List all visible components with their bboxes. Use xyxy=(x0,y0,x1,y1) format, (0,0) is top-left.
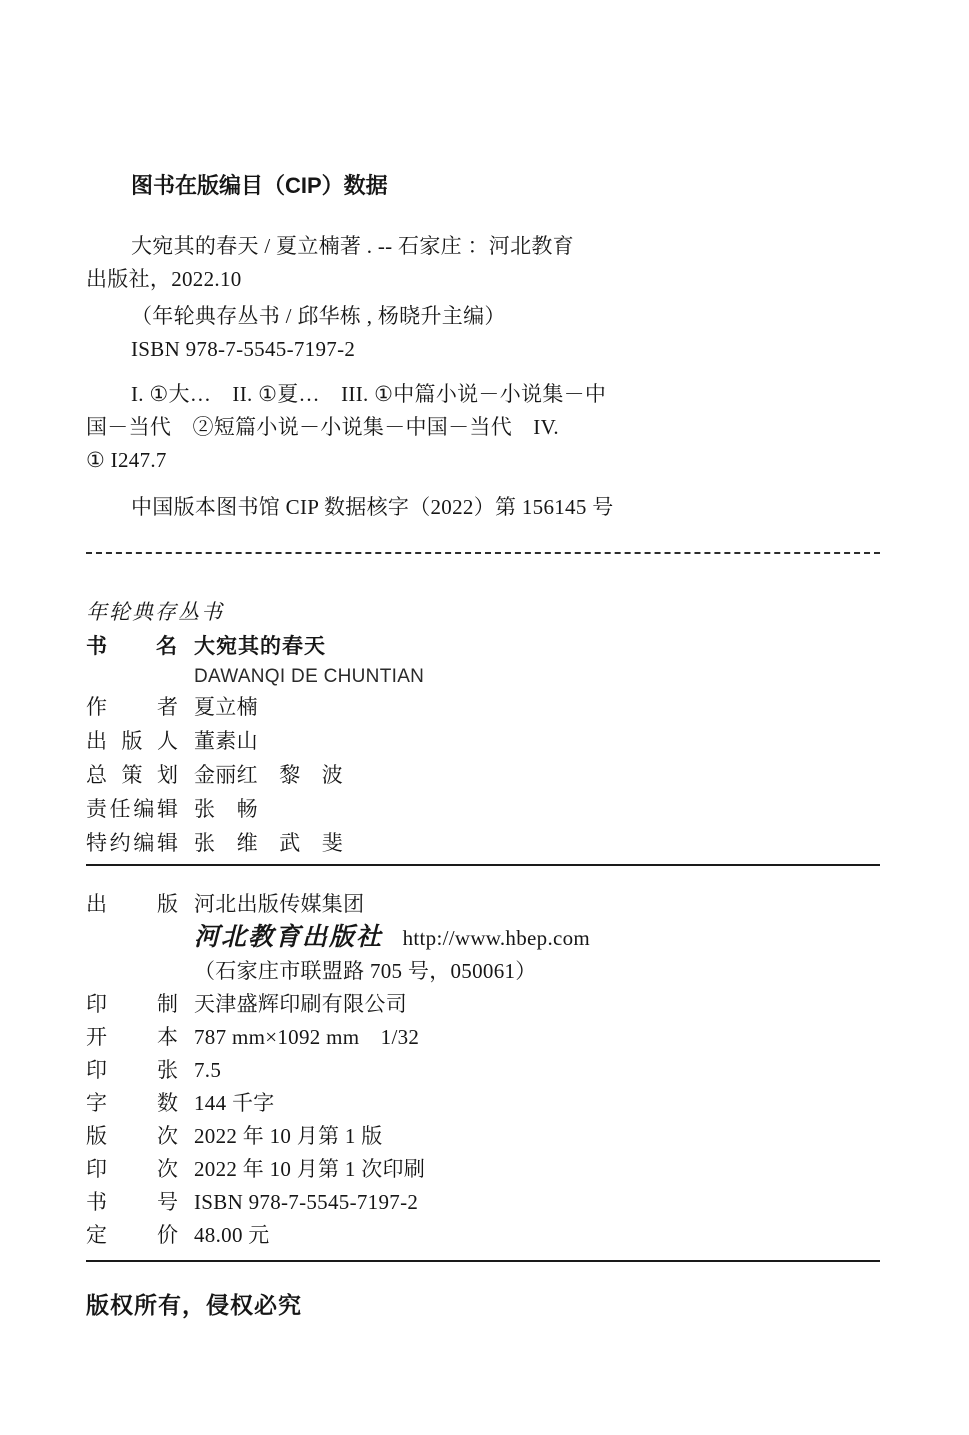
publisher-address: （石家庄市联盟路 705 号，050061） xyxy=(194,955,537,988)
colophon-row-contract-editor: 特约编辑 张 维 武 斐 xyxy=(86,826,880,860)
sheets-value: 7.5 xyxy=(194,1054,221,1087)
field-label: 印制 xyxy=(86,988,178,1021)
copyright-page: 图书在版编目（CIP）数据 大宛其的春天 / 夏立楠著 . -- 石家庄 ：河北… xyxy=(0,0,969,1435)
field-label: 字数 xyxy=(86,1087,178,1120)
colophon-row-chief-planner: 总策划 金丽红 黎 波 xyxy=(86,758,880,792)
cip-description-line1: 大宛其的春天 / 夏立楠著 . -- 石家庄 ：河北教育 xyxy=(86,230,880,263)
field-label: 责任编辑 xyxy=(86,792,178,826)
publisher-url: http://www.hbep.com xyxy=(403,926,590,950)
publisher-group-name: 河北出版传媒集团 xyxy=(194,888,364,921)
responsible-editor-name: 张 畅 xyxy=(194,792,258,826)
publishing-row-isbn: 书号 ISBN 978-7-5545-7197-2 xyxy=(86,1186,880,1219)
publishing-row-publisher: 出版 河北出版传媒集团 xyxy=(86,888,880,921)
cip-section: 图书在版编目（CIP）数据 大宛其的春天 / 夏立楠著 . -- 石家庄 ：河北… xyxy=(86,172,880,524)
field-label: 出版人 xyxy=(86,724,178,758)
cip-classification-line3: ① I247.7 xyxy=(86,444,880,477)
field-label: 书名 xyxy=(86,629,178,663)
publishing-row-format: 开本 787 mm×1092 mm 1/32 xyxy=(86,1021,880,1054)
field-label: 特约编辑 xyxy=(86,826,178,860)
colophon-row-responsible-editor: 责任编辑 张 畅 xyxy=(86,792,880,826)
isbn-value: ISBN 978-7-5545-7197-2 xyxy=(194,1186,418,1219)
colophon-section: 年轮典存丛书 书名 大宛其的春天 DAWANQI DE CHUNTIAN 作者 … xyxy=(86,596,880,860)
format-value: 787 mm×1092 mm 1/32 xyxy=(194,1021,419,1054)
impression-value: 2022 年 10 月第 1 次印刷 xyxy=(194,1153,425,1186)
cip-series-note: （年轮典存丛书 / 邱华栋 , 杨晓升主编） xyxy=(86,300,880,333)
publishing-section: 出版 河北出版传媒集团 河北教育出版社 http://www.hbep.com … xyxy=(86,888,880,1252)
field-label: 出版 xyxy=(86,888,178,921)
colophon-row-pinyin: DAWANQI DE CHUNTIAN xyxy=(86,663,880,690)
publishing-row-logo: 河北教育出版社 http://www.hbep.com xyxy=(86,921,880,955)
publishing-row-wordcount: 字数 144 千字 xyxy=(86,1087,880,1120)
publishing-row-address: （石家庄市联盟路 705 号，050061） xyxy=(86,955,880,988)
book-title: 大宛其的春天 xyxy=(194,629,326,663)
cip-description-line2: 出版社，2022.10 xyxy=(86,263,880,296)
dashed-divider xyxy=(86,552,880,554)
cip-classification-line1: I. ①大… II. ①夏… III. ①中篇小说－小说集－中 xyxy=(86,378,880,411)
cip-classification-line2: 国－当代 ②短篇小说－小说集－中国－当代 IV. xyxy=(86,411,880,444)
field-label: 定价 xyxy=(86,1219,178,1252)
price-value: 48.00 元 xyxy=(194,1219,270,1252)
printer-name: 天津盛辉印刷有限公司 xyxy=(194,988,407,1021)
colophon-row-publisher-person: 出版人 董素山 xyxy=(86,724,880,758)
cip-heading: 图书在版编目（CIP）数据 xyxy=(86,172,880,200)
field-label: 版次 xyxy=(86,1120,178,1153)
field-label: 印张 xyxy=(86,1054,178,1087)
book-title-pinyin: DAWANQI DE CHUNTIAN xyxy=(194,663,424,690)
page-content: 图书在版编目（CIP）数据 大宛其的春天 / 夏立楠著 . -- 石家庄 ：河北… xyxy=(0,0,969,1320)
series-label: 年轮典存丛书 xyxy=(86,596,880,629)
solid-divider-bottom xyxy=(86,1260,880,1262)
publishing-row-impression: 印次 2022 年 10 月第 1 次印刷 xyxy=(86,1153,880,1186)
publishing-row-sheets: 印张 7.5 xyxy=(86,1054,880,1087)
publishing-row-printer: 印制 天津盛辉印刷有限公司 xyxy=(86,988,880,1021)
field-label: 书号 xyxy=(86,1186,178,1219)
colophon-row-title: 书名 大宛其的春天 xyxy=(86,629,880,663)
publisher-person-name: 董素山 xyxy=(194,724,258,758)
author-name: 夏立楠 xyxy=(194,690,258,724)
field-label: 作者 xyxy=(86,690,178,724)
wordcount-value: 144 千字 xyxy=(194,1087,275,1120)
colophon-row-author: 作者 夏立楠 xyxy=(86,690,880,724)
publishing-row-price: 定价 48.00 元 xyxy=(86,1219,880,1252)
edition-value: 2022 年 10 月第 1 版 xyxy=(194,1120,383,1153)
solid-divider-top xyxy=(86,864,880,866)
publishing-row-edition: 版次 2022 年 10 月第 1 版 xyxy=(86,1120,880,1153)
chief-planner-names: 金丽红 黎 波 xyxy=(194,758,343,792)
field-label: 开本 xyxy=(86,1021,178,1054)
copyright-notice: 版权所有，侵权必究 xyxy=(86,1290,880,1320)
cip-isbn: ISBN 978-7-5545-7197-2 xyxy=(86,333,880,366)
field-label: 印次 xyxy=(86,1153,178,1186)
publisher-logo-script: 河北教育出版社 xyxy=(194,924,383,951)
field-label: 总策划 xyxy=(86,758,178,792)
contract-editor-names: 张 维 武 斐 xyxy=(194,826,343,860)
publisher-logo-line: 河北教育出版社 http://www.hbep.com xyxy=(194,921,590,955)
cip-record-number: 中国版本图书馆 CIP 数据核字（2022）第 156145 号 xyxy=(86,491,880,524)
